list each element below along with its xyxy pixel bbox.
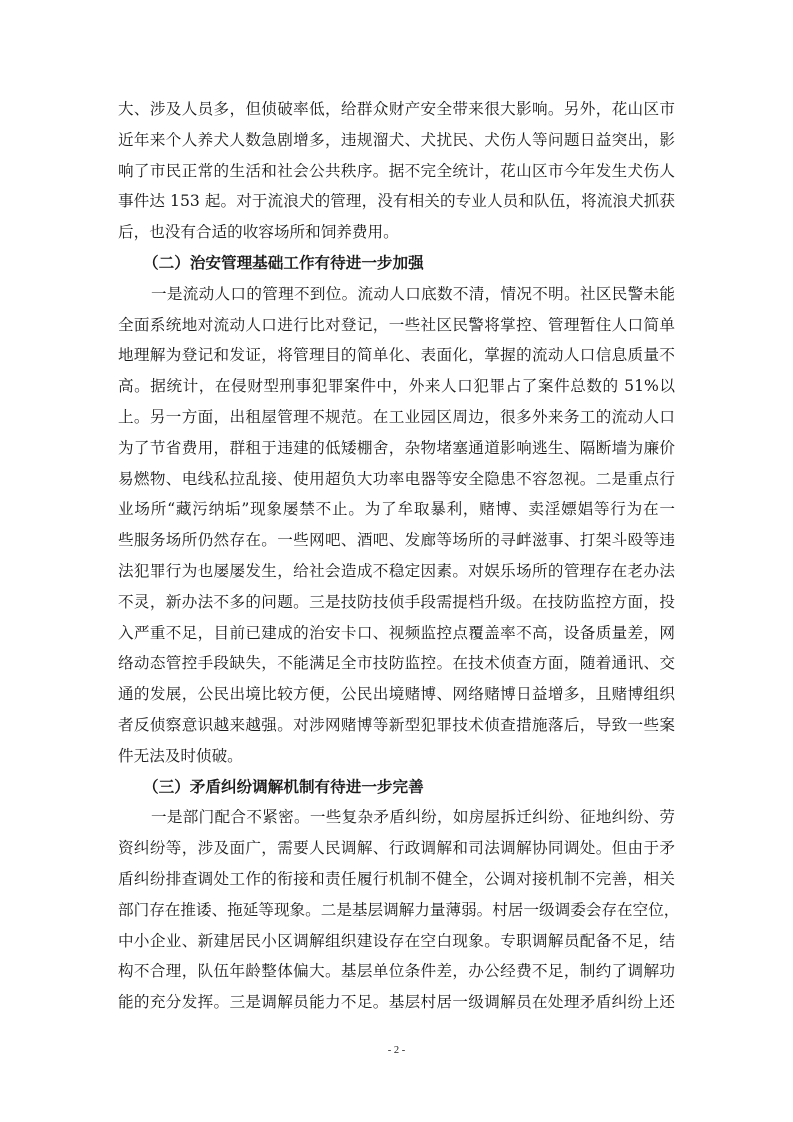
text-line: 法犯罪行为也屡屡发生，给社会造成不稳定因素。对娱乐场所的管理存在老办法 [118,556,675,587]
section-heading: （二）治安管理基础工作有待进一步加强 [118,248,675,279]
text-line: 通的发展，公民出境比较方便，公民出境赌博、网络赌博日益增多，且赌博组织 [118,679,675,710]
text-line: 响了市民正常的生活和社会公共秩序。据不完全统计，花山区市今年发生犬伤人 [118,156,675,187]
text-line: 一是流动人口的管理不到位。流动人口底数不清，情况不明。社区民警未能 [118,279,675,310]
text-line: 全面系统地对流动人口进行比对登记，一些社区民警将掌控、管理暂住人口简单 [118,310,675,341]
text-line: 络动态管控手段缺失，不能满足全市技防监控。在技术侦查方面，随着通讯、交 [118,648,675,679]
text-line: 能的充分发挥。三是调解员能力不足。基层村居一级调解员在处理矛盾纠纷上还 [118,987,675,1018]
section-heading: （三）矛盾纠纷调解机制有待进一步完善 [118,772,675,803]
document-body: 大、涉及人员多，但侦破率低，给群众财产安全带来很大影响。另外，花山区市 近年来个… [118,94,675,1018]
text-line: 构不合理，队伍年龄整体偏大。基层单位条件差，办公经费不足，制约了调解功 [118,956,675,987]
text-line: 上。另一方面，出租屋管理不规范。在工业园区周边，很多外来务工的流动人口 [118,402,675,433]
text-line: 不灵，新办法不多的问题。三是技防技侦手段需提档升级。在技防监控方面，投 [118,587,675,618]
text-line: 些服务场所仍然存在。一些网吧、酒吧、发廊等场所的寻衅滋事、打架斗殴等违 [118,525,675,556]
text-line: 地理解为登记和发证，将管理目的简单化、表面化，掌握的流动人口信息质量不 [118,340,675,371]
page-number: - 2 - [0,1045,793,1056]
text-line: 中小企业、新建居民小区调解组织建设存在空白现象。专职调解员配备不足，结 [118,926,675,957]
paragraph: 一是部门配合不紧密。一些复杂矛盾纠纷，如房屋拆迁纠纷、征地纠纷、劳 资纠纷等，涉… [118,802,675,1018]
paragraph: 一是流动人口的管理不到位。流动人口底数不清，情况不明。社区民警未能 全面系统地对… [118,279,675,772]
text-line: 易燃物、电线私拉乱接、使用超负大功率电器等安全隐患不容忽视。二是重点行 [118,464,675,495]
text-line: 件无法及时侦破。 [118,741,675,772]
text-line: 盾纠纷排查调处工作的衔接和责任履行机制不健全，公调对接机制不完善，相关 [118,864,675,895]
text-line: 资纠纷等，涉及面广，需要人民调解、行政调解和司法调解协同调处。但由于矛 [118,833,675,864]
text-line: 近年来个人养犬人数急剧增多，违规溜犬、犬扰民、犬伤人等问题日益突出，影 [118,125,675,156]
text-line: 入严重不足，目前已建成的治安卡口、视频监控点覆盖率不高，设备质量差，网 [118,618,675,649]
text-line: 部门存在推诿、拖延等现象。二是基层调解力量薄弱。村居一级调委会存在空位， [118,895,675,926]
document-page: 大、涉及人员多，但侦破率低，给群众财产安全带来很大影响。另外，花山区市 近年来个… [0,0,793,1122]
text-line: 事件达 153 起。对于流浪犬的管理，没有相关的专业人员和队伍，将流浪犬抓获 [118,186,675,217]
text-line: 高。据统计，在侵财型刑事犯罪案件中，外来人口犯罪占了案件总数的 51%以 [118,371,675,402]
text-line: 后，也没有合适的收容场所和饲养费用。 [118,217,675,248]
text-line: 大、涉及人员多，但侦破率低，给群众财产安全带来很大影响。另外，花山区市 [118,94,675,125]
paragraph-continuation: 大、涉及人员多，但侦破率低，给群众财产安全带来很大影响。另外，花山区市 近年来个… [118,94,675,248]
text-line: 者反侦察意识越来越强。对涉网赌博等新型犯罪技术侦查措施落后，导致一些案 [118,710,675,741]
text-line: 一是部门配合不紧密。一些复杂矛盾纠纷，如房屋拆迁纠纷、征地纠纷、劳 [118,802,675,833]
text-line: 为了节省费用，群租于违建的低矮棚舍，杂物堵塞通道影响逃生、隔断墙为廉价 [118,433,675,464]
text-line: 业场所“藏污纳垢”现象屡禁不止。为了牟取暴利，赌博、卖淫嫖娼等行为在一 [118,494,675,525]
